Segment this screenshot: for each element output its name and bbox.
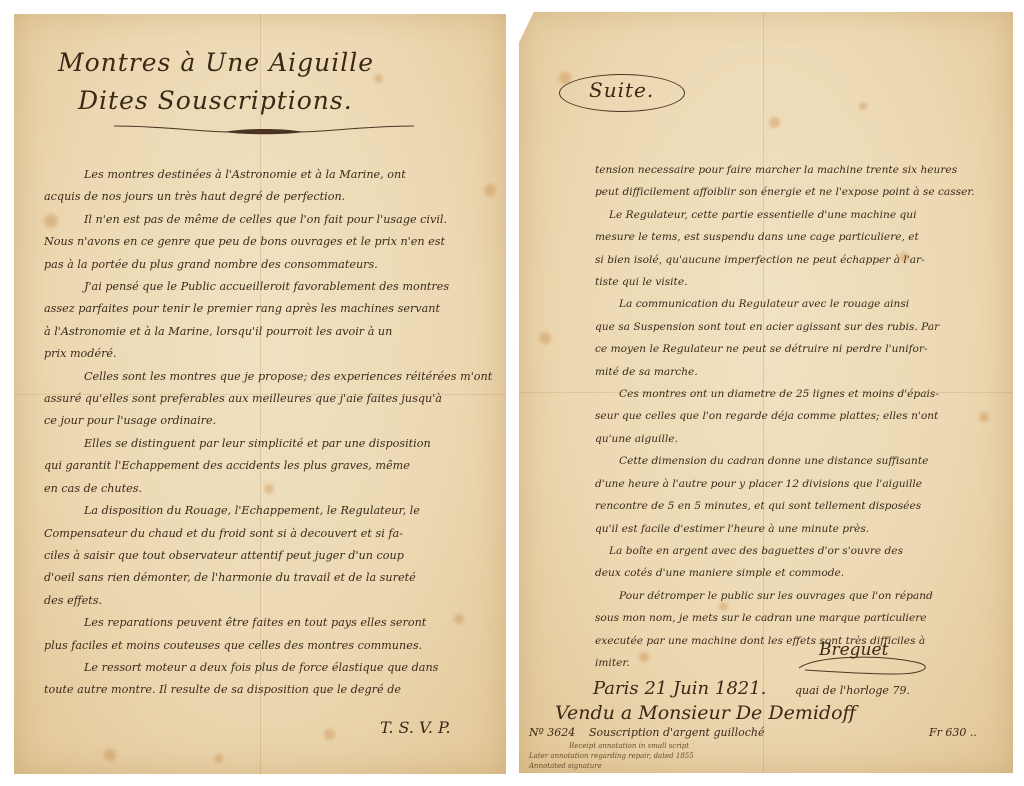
text-line: acquis de nos jours un très haut degré d… <box>44 186 494 208</box>
faint-annotation: Receipt annotation in small script <box>569 742 689 751</box>
left-manuscript-page: Montres à Une Aiguille Dites Souscriptio… <box>14 14 506 774</box>
text-line: qui garantit l'Echappement des accidents… <box>44 455 494 477</box>
left-page-body: Les montres destinées à l'Astronomie et … <box>44 164 494 702</box>
foxing-stain <box>374 74 383 83</box>
text-line: toute autre montre. Il resulte de sa dis… <box>44 679 494 701</box>
title-flourish <box>114 122 414 138</box>
item-price: Fr 630 .. <box>929 726 977 739</box>
text-line: si bien isolé, qu'aucune imperfection ne… <box>595 249 1005 271</box>
text-line: qu'une aiguille. <box>595 428 1005 450</box>
text-line: sous mon nom, je mets sur le cadran une … <box>595 607 1005 629</box>
text-line: La boîte en argent avec des baguettes d'… <box>595 540 1005 562</box>
text-line: Cette dimension du cadran donne une dist… <box>595 450 1005 472</box>
text-line: La communication du Regulateur avec le r… <box>595 293 1005 315</box>
text-line: mesure le tems, est suspendu dans une ca… <box>595 226 1005 248</box>
text-line: assez parfaites pour tenir le premier ra… <box>44 298 494 320</box>
foxing-stain <box>214 754 223 763</box>
text-line: La disposition du Rouage, l'Echappement,… <box>44 500 494 522</box>
foxing-stain <box>769 117 780 128</box>
turn-page-mark: T. S. V. P. <box>380 718 451 737</box>
text-line: deux cotés d'une maniere simple et commo… <box>595 562 1005 584</box>
text-line: J'ai pensé que le Public accueilleroit f… <box>44 276 494 298</box>
address-line: quai de l'horloge 79. <box>795 684 910 697</box>
text-line: Les montres destinées à l'Astronomie et … <box>44 164 494 186</box>
text-line: qu'il est facile d'estimer l'heure à une… <box>595 518 1005 540</box>
text-line: pas à la portée du plus grand nombre des… <box>44 254 494 276</box>
text-line: tiste qui le visite. <box>595 271 1005 293</box>
signature-flourish <box>795 654 945 678</box>
text-line: prix modéré. <box>44 343 494 365</box>
text-line: ce moyen le Regulateur ne peut se détrui… <box>595 338 1005 360</box>
text-line: Il n'en est pas de même de celles que l'… <box>44 209 494 231</box>
text-line: ce jour pour l'usage ordinaire. <box>44 410 494 432</box>
text-line: Elles se distinguent par leur simplicité… <box>44 433 494 455</box>
text-line: Nous n'avons en ce genre que peu de bons… <box>44 231 494 253</box>
item-description: Souscription d'argent guilloché <box>589 726 765 739</box>
text-line: Celles sont les montres que je propose; … <box>44 366 494 388</box>
foxing-stain <box>104 749 116 761</box>
right-manuscript-page: Suite. tension necessaire pour faire mar… <box>519 12 1013 773</box>
text-line: peut difficilement affoiblir son énergie… <box>595 181 1005 203</box>
text-line: Les reparations peuvent être faites en t… <box>44 612 494 634</box>
foxing-stain <box>324 729 335 740</box>
text-line: rencontre de 5 en 5 minutes, et qui sont… <box>595 495 1005 517</box>
text-line: que sa Suspension sont tout en acier agi… <box>595 316 1005 338</box>
sale-record: Vendu a Monsieur De Demidoff <box>555 702 856 724</box>
text-line: seur que celles que l'on regarde déja co… <box>595 405 1005 427</box>
continuation-heading: Suite. <box>589 78 654 102</box>
page-title-line-2: Dites Souscriptions. <box>78 86 353 115</box>
foxing-stain <box>539 332 551 344</box>
text-line: d'une heure à l'autre pour y placer 12 d… <box>595 473 1005 495</box>
text-line: d'oeil sans rien démonter, de l'harmonie… <box>44 567 494 589</box>
faint-annotation: Annotated signature <box>529 762 602 771</box>
text-line: Compensateur du chaud et du froid sont s… <box>44 523 494 545</box>
place-and-date: Paris 21 Juin 1821. <box>593 678 766 699</box>
text-line: Ces montres ont un diametre de 25 lignes… <box>595 383 1005 405</box>
text-line: Le Regulateur, cette partie essentielle … <box>595 204 1005 226</box>
right-page-body: tension necessaire pour faire marcher la… <box>595 159 1005 674</box>
text-line: Le ressort moteur a deux fois plus de fo… <box>44 657 494 679</box>
item-number: Nº 3624 <box>529 726 575 739</box>
foxing-stain <box>859 102 867 110</box>
text-line: assuré qu'elles sont preferables aux mei… <box>44 388 494 410</box>
text-line: executée par une machine dont les effets… <box>595 630 1005 652</box>
text-line: mité de sa marche. <box>595 361 1005 383</box>
text-line: des effets. <box>44 590 494 612</box>
text-line: plus faciles et moins couteuses que cell… <box>44 635 494 657</box>
faint-annotation: Later annotation regarding repair, dated… <box>529 752 694 761</box>
text-line: Pour détromper le public sur les ouvrage… <box>595 585 1005 607</box>
text-line: en cas de chutes. <box>44 478 494 500</box>
page-title-line-1: Montres à Une Aiguille <box>58 48 374 77</box>
text-line: ciles à saisir que tout observateur atte… <box>44 545 494 567</box>
text-line: à l'Astronomie et à la Marine, lorsqu'il… <box>44 321 494 343</box>
text-line: tension necessaire pour faire marcher la… <box>595 159 1005 181</box>
